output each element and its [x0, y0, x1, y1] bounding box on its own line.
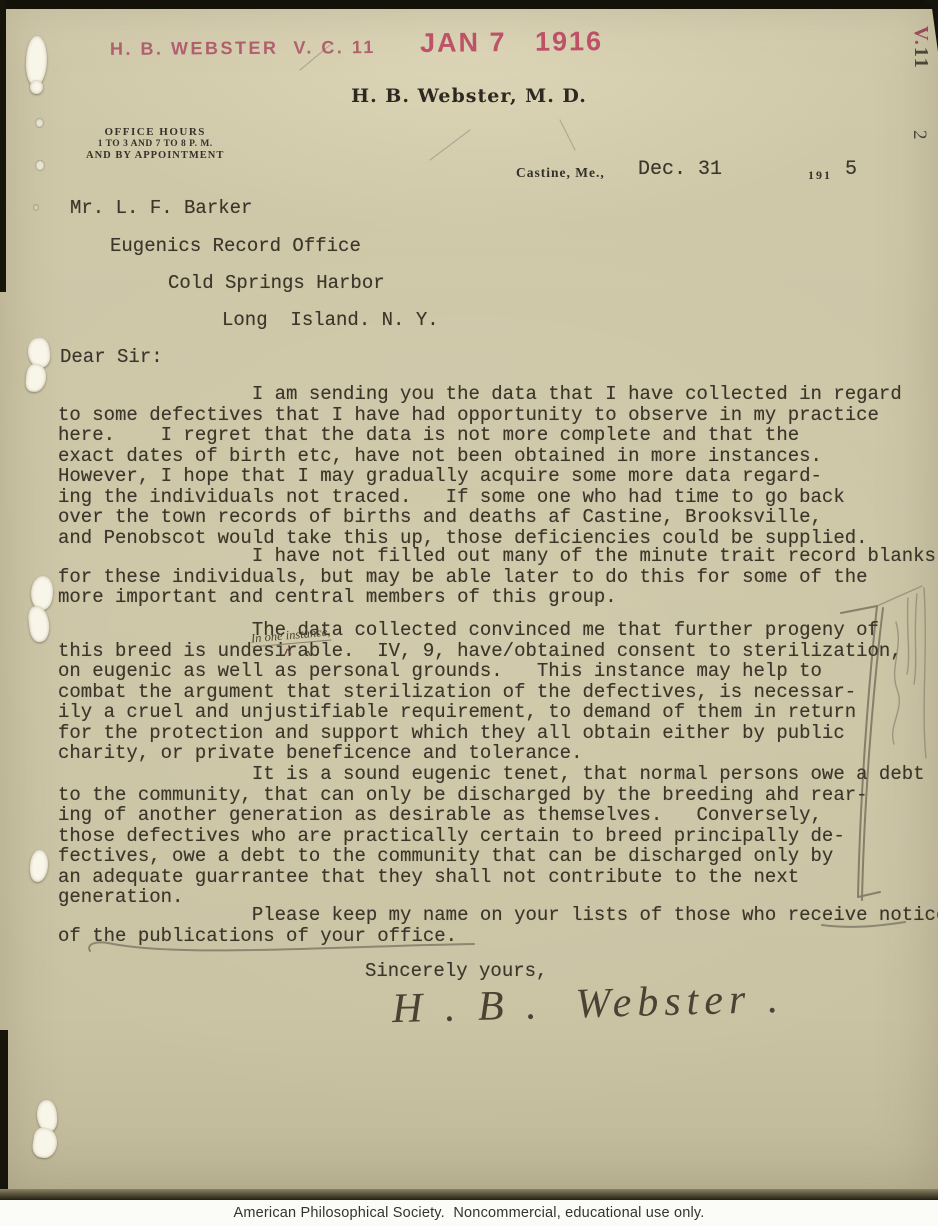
body-line: The data collected convinced me that fur… [58, 620, 902, 641]
letterhead-name: H. B. Webster, M. D. [0, 85, 938, 107]
body-line: Please keep my name on your lists of tho… [58, 905, 938, 926]
office-hours-block: OFFICE HOURS 1 TO 3 AND 7 TO 8 P. M. AND… [86, 126, 224, 161]
scan-edge-top [0, 0, 938, 9]
body-line: fectives, owe a debt to the community th… [58, 846, 925, 867]
office-hours-times: 1 TO 3 AND 7 TO 8 P. M. [86, 139, 224, 149]
body-line: for these individuals, but may be able l… [58, 567, 936, 588]
body-line: more important and central members of th… [58, 587, 936, 608]
printed-year-prefix: 191 [808, 168, 832, 183]
body-line: to some defectives that I have had oppor… [58, 405, 902, 426]
office-hours-appointment: AND BY APPOINTMENT [86, 150, 224, 161]
body-line: It is a sound eugenic tenet, that normal… [58, 764, 925, 785]
office-hours-title: OFFICE HOURS [86, 126, 224, 138]
letterhead-place: Castine, Me., [516, 165, 605, 181]
footer-credit-text: American Philosophical Society. Noncomme… [233, 1205, 704, 1221]
body-line: ing the individuals not traced. If some … [58, 487, 902, 508]
body-line: this breed is undesirable. IV, 9, have/o… [58, 641, 902, 662]
body-line: an adequate guarrantee that they shall n… [58, 867, 925, 888]
scanned-letter: H. B. WEBSTER V. C. 11 JAN 7 1916 V.11 2… [0, 0, 938, 1226]
body-line: I am sending you the data that I have co… [58, 384, 902, 405]
footer-strip: American Philosophical Society. Noncomme… [0, 1200, 938, 1226]
scan-edge-left-bottom [0, 1030, 8, 1196]
body-line: for the protection and support which the… [58, 723, 902, 744]
punch-hole [33, 204, 39, 211]
punch-hole [35, 160, 45, 171]
body-line: I have not filled out many of the minute… [58, 546, 936, 567]
punch-hole [35, 118, 44, 128]
valediction: Sincerely yours, [365, 961, 547, 982]
body-line: exact dates of birth etc, have not been … [58, 446, 902, 467]
recipient-city: Cold Springs Harbor [168, 273, 385, 294]
volume-mark-number: 11 [910, 47, 932, 70]
body-line: to the community, that can only be disch… [58, 785, 925, 806]
paragraph-5: Please keep my name on your lists of tho… [58, 905, 938, 946]
received-name-stamp: H. B. WEBSTER V. C. 11 [110, 37, 376, 60]
paragraph-3: The data collected convinced me that fur… [58, 620, 902, 764]
insert-caret: ^ [284, 646, 292, 661]
body-line: here. I regret that the data is not more… [58, 425, 902, 446]
recipient-name: Mr. L. F. Barker [70, 198, 252, 219]
recipient-organization: Eugenics Record Office [110, 236, 361, 257]
typed-year-digit: 5 [845, 158, 857, 181]
body-line: ing of another generation as desirable a… [58, 805, 925, 826]
small-caret: ^ [305, 650, 311, 661]
paragraph-1: I am sending you the data that I have co… [58, 384, 902, 548]
scan-edge-bottom [0, 1189, 938, 1200]
volume-mark-v: V. [910, 26, 932, 47]
salutation: Dear Sir: [60, 347, 163, 368]
punch-hole [30, 80, 43, 94]
body-line: over the town records of births and deat… [58, 507, 902, 528]
body-line: charity, or private beneficence and tole… [58, 743, 902, 764]
recipient-state: Long Island. N. Y. [222, 310, 439, 331]
body-line: on eugenic as well as personal grounds. … [58, 661, 902, 682]
page-number-mark: 2 [908, 130, 930, 140]
received-date-stamp: JAN 7 1916 [420, 26, 603, 59]
body-line: of the publications of your office. [58, 926, 938, 947]
paragraph-2: I have not filled out many of the minute… [58, 546, 936, 608]
body-line: those defectives who are practically cer… [58, 826, 925, 847]
body-line: ily a cruel and unjustifiable requiremen… [58, 702, 902, 723]
scan-edge-left-top [0, 0, 6, 292]
typed-date: Dec. 31 [638, 158, 722, 181]
paragraph-4: It is a sound eugenic tenet, that normal… [58, 764, 925, 908]
volume-mark: V.11 [909, 26, 932, 70]
body-line: combat the argument that sterilization o… [58, 682, 902, 703]
body-line: However, I hope that I may gradually acq… [58, 466, 902, 487]
handwritten-signature: H . B . Webster . [391, 975, 784, 1033]
